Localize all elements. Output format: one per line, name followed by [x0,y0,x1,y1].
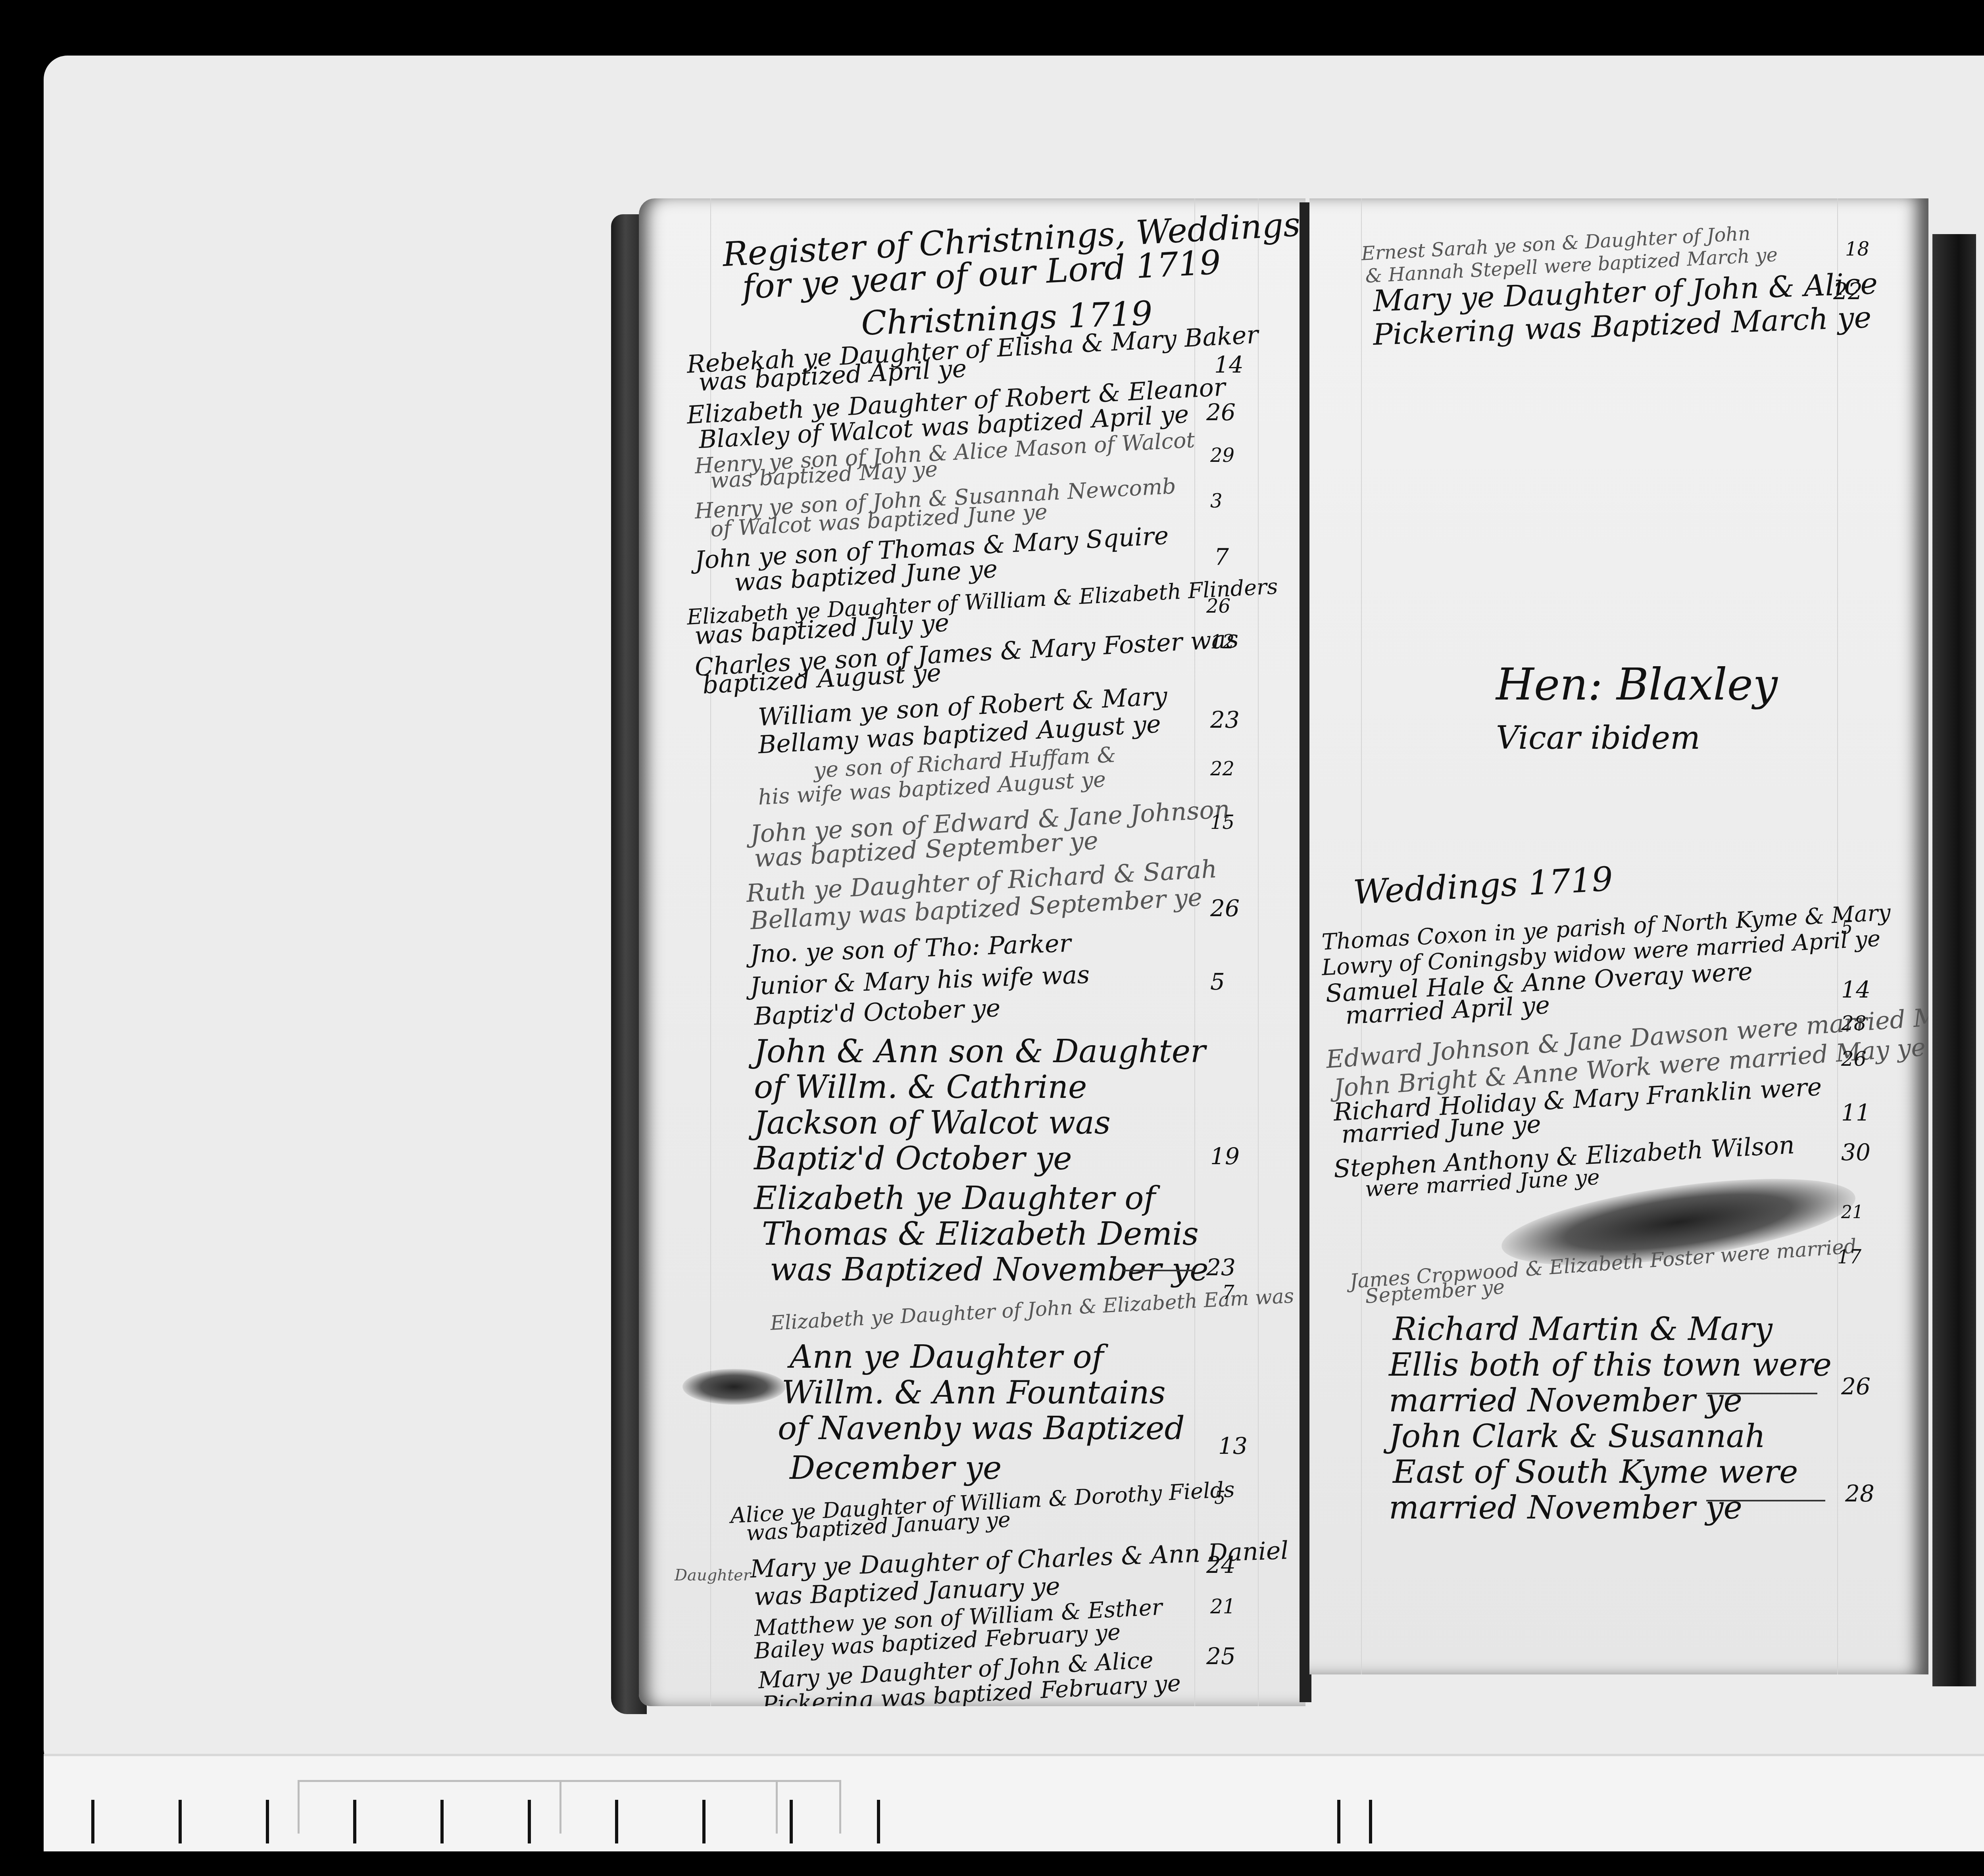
film-sprocket-mark [702,1800,706,1843]
vicar-signature-name: Hen: Blaxley [1496,663,1778,706]
wedding-3-day: 28 [1841,1012,1867,1035]
wedding-5-day: 11 [1841,1099,1871,1126]
entry-13-line-2: of Willm. & Cathrine [754,1071,1087,1103]
entry-3-day: 29 [1210,444,1234,467]
film-sprocket-mark [1369,1800,1372,1843]
wedding-10-line-3: married November ye [1389,1492,1742,1524]
film-sprocket-mark [266,1800,269,1843]
wedding-7-day: 21 [1841,1202,1863,1222]
film-sprocket-mark [877,1800,880,1843]
film-sprocket-mark [1337,1800,1340,1843]
entry-4-day: 3 [1210,490,1223,512]
wedding-4-day: 26 [1841,1048,1867,1071]
entry-11-day: 26 [1210,895,1240,922]
continued-entry-2-day: 22 [1833,278,1863,305]
film-frame-marker [559,1780,841,1834]
film-sprocket-mark [528,1800,531,1843]
entry-13-line-3: Jackson of Walcot was [754,1107,1111,1139]
book-cover-right-edge [1932,234,1976,1686]
film-sprocket-mark [615,1800,618,1843]
entry-12-line-2: Junior & Mary his wife was [750,962,1090,999]
entry-7-day: 12 [1210,631,1234,653]
entry-8-day: 23 [1210,706,1240,733]
entry-16-line-1: Ann ye Daughter of [790,1341,1104,1373]
entry-2-day: 26 [1206,399,1236,426]
entry-5-day: 7 [1214,544,1229,571]
film-sprocket-mark [790,1800,793,1843]
film-sprocket-mark [179,1800,182,1843]
entry-6-day: 26 [1206,595,1230,617]
entry-20-day: 25 [1206,1643,1236,1670]
wedding-6-day: 30 [1841,1139,1871,1166]
wedding-9-line-3: married November ye [1389,1385,1742,1417]
entry-10-day: 15 [1210,811,1234,834]
wedding-9-day: 26 [1841,1373,1871,1400]
open-register-book: Register of Christnings, Weddings & Buri… [611,198,1976,1726]
wedding-2-day: 14 [1841,976,1871,1003]
wedding-10-line-1: John Clark & Susannah [1389,1420,1765,1452]
entry-12-line-1: Jno. ye son of Tho: Parker [750,931,1071,967]
entry-14-day: 23 [1206,1254,1236,1281]
continued-entry-1-day: 18 [1845,238,1869,260]
wedding-10-day: 28 [1845,1480,1874,1507]
wedding-8-day: 17 [1837,1246,1861,1268]
entry-12-line-3: Baptiz'd October ye [754,996,1001,1029]
wedding-9-line-1: Richard Martin & Mary [1393,1313,1773,1345]
entry-13-line-1: John & Ann son & Daughter [754,1036,1205,1067]
right-page-weddings: Ernest Sarah ye son & Daughter of John &… [1309,198,1928,1674]
entry-13-line-4: Baptiz'd October ye [754,1143,1072,1174]
entry-16-line-3: of Navenby was Baptized [778,1413,1185,1444]
entry-12-day: 5 [1210,968,1225,995]
entry-16-day: 13 [1218,1432,1248,1459]
entry-17-day: 5 [1214,1488,1225,1508]
entry-18-day: 24 [1206,1551,1236,1578]
film-sprocket-mark [91,1800,94,1843]
weddings-heading: Weddings 1719 [1352,862,1614,909]
entry-14-line-2: Thomas & Elizabeth Demis [762,1218,1199,1250]
entry-13-day: 19 [1210,1143,1240,1170]
entry-16-line-4: December ye [790,1452,1002,1484]
wedding-10-line-2: East of South Kyme were [1393,1456,1798,1488]
ink-smudge [682,1369,786,1405]
film-edge-strip [44,1754,1984,1851]
wedding-9-line-2: Ellis both of this town were [1389,1349,1832,1381]
entry-16-line-2: Willm. & Ann Fountains [782,1377,1166,1409]
entry-14-line-1: Elizabeth ye Daughter of [754,1182,1155,1214]
vicar-signature-title: Vicar ibidem [1496,722,1700,754]
entry-19-day: 21 [1210,1595,1236,1618]
entry-15-day: 7 [1222,1282,1234,1304]
film-sprocket-mark [353,1800,356,1843]
wedding-1-day: 5 [1841,917,1853,938]
left-page-christenings: Register of Christnings, Weddings & Buri… [639,198,1305,1706]
entry-9-day: 22 [1210,758,1234,780]
entry-18-margin-note: Daughter [675,1567,751,1583]
film-sprocket-mark [440,1800,444,1843]
